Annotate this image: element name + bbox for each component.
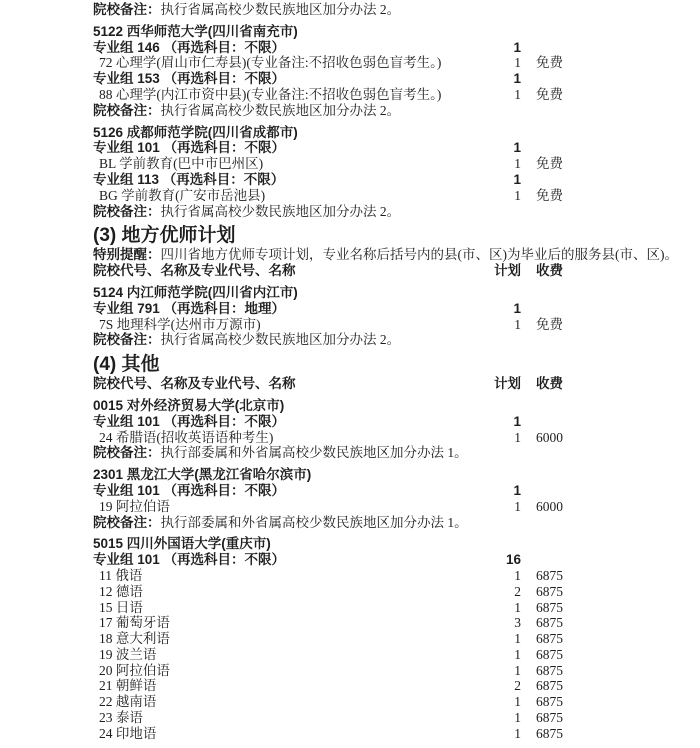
remark-row: 院校备注：执行省属高校少数民族地区加分办法 2。: [93, 204, 563, 220]
group-name: 专业组 146 （再选科目：不限）: [93, 40, 483, 56]
major-row: 11 俄语16875: [93, 568, 563, 584]
major-row: 24 印地语16875: [93, 726, 563, 742]
plan-count: 1: [483, 726, 521, 742]
plan-count: 1: [483, 600, 521, 616]
plan-count: 2: [483, 678, 521, 694]
university-name: 2301 黑龙江大学(黑龙江省哈尔滨市): [93, 467, 563, 483]
major-row: 21 朝鲜语26875: [93, 678, 563, 694]
fee-value: 免费: [521, 188, 563, 204]
major-row: 17 葡萄牙语36875: [93, 615, 563, 631]
group-row: 专业组 113 （再选科目：不限）1: [93, 172, 563, 188]
major-row: 19 波兰语16875: [93, 647, 563, 663]
section-heading: (4) 其他: [93, 354, 563, 376]
fee-value: 6875: [521, 568, 563, 584]
plan-count: 1: [483, 430, 521, 446]
group-row: 专业组 101 （再选科目：不限）1: [93, 140, 563, 156]
major-name: 24 印地语: [93, 726, 483, 742]
plan-count: 1: [483, 317, 521, 333]
plan-count: 1: [483, 140, 521, 156]
group-name: 专业组 791 （再选科目：地理）: [93, 301, 483, 317]
column-header-name: 院校代号、名称及专业代号、名称: [93, 263, 483, 279]
plan-count: 1: [483, 414, 521, 430]
fee-value: 6875: [521, 726, 563, 742]
major-name: 17 葡萄牙语: [93, 615, 483, 631]
major-row: 12 德语26875: [93, 584, 563, 600]
notice-label: 特别提醒：: [93, 247, 161, 262]
university-name: 5122 西华师范大学(四川省南充市): [93, 24, 563, 40]
major-row: 19 阿拉伯语16000: [93, 499, 563, 515]
remark-row: 院校备注：执行部委属和外省属高校少数民族地区加分办法 1。: [93, 445, 563, 461]
major-name: 19 阿拉伯语: [93, 499, 483, 515]
major-name: 21 朝鲜语: [93, 678, 483, 694]
group-name: 专业组 153 （再选科目：不限）: [93, 71, 483, 87]
major-row: 18 意大利语16875: [93, 631, 563, 647]
plan-count: 1: [483, 631, 521, 647]
fee-value: 6875: [521, 678, 563, 694]
university-row: 2301 黑龙江大学(黑龙江省哈尔滨市): [93, 467, 563, 483]
major-name: 11 俄语: [93, 568, 483, 584]
document-page: { "page": { "background": "#ffffff", "te…: [0, 0, 700, 748]
major-name: 88 心理学(内江市资中县)(专业备注:不招收色弱色盲考生。): [93, 87, 483, 103]
remark-label: 院校备注：: [93, 2, 161, 17]
major-row: BL 学前教育(巴中市巴州区)1免费: [93, 156, 563, 172]
remark-label: 院校备注：: [93, 515, 161, 530]
group-name: 专业组 101 （再选科目：不限）: [93, 140, 483, 156]
major-row: BG 学前教育(广安市岳池县)1免费: [93, 188, 563, 204]
remark-row: 院校备注：执行省属高校少数民族地区加分办法 2。: [93, 103, 563, 119]
plan-count: 16: [483, 552, 521, 568]
fee-value: 6875: [521, 631, 563, 647]
remark-label: 院校备注：: [93, 103, 161, 118]
remark-text: 执行省属高校少数民族地区加分办法 2。: [161, 332, 401, 347]
plan-count: 1: [483, 663, 521, 679]
university-name: 0015 对外经济贸易大学(北京市): [93, 398, 563, 414]
document-body: 院校备注：执行省属高校少数民族地区加分办法 2。5122 西华师范大学(四川省南…: [93, 2, 563, 742]
column-header-plan: 计划: [483, 376, 521, 392]
major-name: 23 泰语: [93, 710, 483, 726]
remark-label: 院校备注：: [93, 445, 161, 460]
fee-value: 免费: [521, 55, 563, 71]
group-row: 专业组 153 （再选科目：不限）1: [93, 71, 563, 87]
plan-count: 1: [483, 499, 521, 515]
remark-row: 院校备注：执行部委属和外省属高校少数民族地区加分办法 1。: [93, 515, 563, 531]
remark-row: 院校备注：执行省属高校少数民族地区加分办法 2。: [93, 332, 563, 348]
plan-count: 1: [483, 87, 521, 103]
plan-count: 1: [483, 694, 521, 710]
remark-row: 院校备注：执行省属高校少数民族地区加分办法 2。: [93, 2, 563, 18]
university-row: 0015 对外经济贸易大学(北京市): [93, 398, 563, 414]
fee-value: 免费: [521, 156, 563, 172]
fee-value: 免费: [521, 317, 563, 333]
group-name: 专业组 113 （再选科目：不限）: [93, 172, 483, 188]
fee-value: 免费: [521, 87, 563, 103]
plan-count: 1: [483, 172, 521, 188]
major-name: 7S 地理科学(达州市万源市): [93, 317, 483, 333]
remark-label: 院校备注：: [93, 332, 161, 347]
plan-count: 1: [483, 55, 521, 71]
plan-count: 1: [483, 71, 521, 87]
group-name: 专业组 101 （再选科目：不限）: [93, 414, 483, 430]
plan-count: 1: [483, 710, 521, 726]
university-name: 5124 内江师范学院(四川省内江市): [93, 285, 563, 301]
fee-value: 6875: [521, 615, 563, 631]
university-row: 5124 内江师范学院(四川省内江市): [93, 285, 563, 301]
plan-count: 2: [483, 584, 521, 600]
major-name: BG 学前教育(广安市岳池县): [93, 188, 483, 204]
major-row: 88 心理学(内江市资中县)(专业备注:不招收色弱色盲考生。)1免费: [93, 87, 563, 103]
column-header-name: 院校代号、名称及专业代号、名称: [93, 376, 483, 392]
notice-row: 特别提醒：四川省地方优师专项计划，专业名称后括号内的县(市、区)为毕业后的服务县…: [93, 247, 700, 263]
group-row: 专业组 101 （再选科目：不限）16: [93, 552, 563, 568]
remark-text: 执行省属高校少数民族地区加分办法 2。: [161, 2, 401, 17]
major-name: 72 心理学(眉山市仁寿县)(专业备注:不招收色弱色盲考生。): [93, 55, 483, 71]
major-row: 15 日语16875: [93, 600, 563, 616]
group-name: 专业组 101 （再选科目：不限）: [93, 552, 483, 568]
fee-value: 6875: [521, 694, 563, 710]
fee-value: 6000: [521, 499, 563, 515]
column-header-fee: 收费: [521, 263, 563, 279]
university-name: 5015 四川外国语大学(重庆市): [93, 536, 563, 552]
remark-text: 执行部委属和外省属高校少数民族地区加分办法 1。: [161, 515, 468, 530]
fee-value: 6875: [521, 584, 563, 600]
remark-text: 执行部委属和外省属高校少数民族地区加分办法 1。: [161, 445, 468, 460]
column-header-plan: 计划: [483, 263, 521, 279]
fee-value: 6875: [521, 647, 563, 663]
major-name: 19 波兰语: [93, 647, 483, 663]
group-row: 专业组 146 （再选科目：不限）1: [93, 40, 563, 56]
major-name: BL 学前教育(巴中市巴州区): [93, 156, 483, 172]
major-name: 18 意大利语: [93, 631, 483, 647]
column-header-fee: 收费: [521, 376, 563, 392]
group-row: 专业组 791 （再选科目：地理）1: [93, 301, 563, 317]
remark-text: 执行省属高校少数民族地区加分办法 2。: [161, 103, 401, 118]
plan-count: 1: [483, 301, 521, 317]
plan-count: 3: [483, 615, 521, 631]
major-name: 20 阿拉伯语: [93, 663, 483, 679]
major-row: 20 阿拉伯语16875: [93, 663, 563, 679]
plan-count: 1: [483, 188, 521, 204]
major-name: 22 越南语: [93, 694, 483, 710]
plan-count: 1: [483, 40, 521, 56]
plan-count: 1: [483, 647, 521, 663]
plan-count: 1: [483, 568, 521, 584]
university-name: 5126 成都师范学院(四川省成都市): [93, 125, 563, 141]
major-row: 72 心理学(眉山市仁寿县)(专业备注:不招收色弱色盲考生。)1免费: [93, 55, 563, 71]
university-row: 5122 西华师范大学(四川省南充市): [93, 24, 563, 40]
group-name: 专业组 101 （再选科目：不限）: [93, 483, 483, 499]
major-row: 23 泰语16875: [93, 710, 563, 726]
group-row: 专业组 101 （再选科目：不限）1: [93, 414, 563, 430]
fee-value: 6000: [521, 430, 563, 446]
tablehead-row: 院校代号、名称及专业代号、名称计划收费: [93, 263, 563, 279]
plan-count: 1: [483, 483, 521, 499]
major-row: 24 希腊语(招收英语语种考生)16000: [93, 430, 563, 446]
university-row: 5015 四川外国语大学(重庆市): [93, 536, 563, 552]
major-name: 24 希腊语(招收英语语种考生): [93, 430, 483, 446]
fee-value: 6875: [521, 710, 563, 726]
notice-text: 四川省地方优师专项计划，专业名称后括号内的县(市、区)为毕业后的服务县(市、区)…: [161, 247, 678, 262]
major-row: 7S 地理科学(达州市万源市)1免费: [93, 317, 563, 333]
remark-label: 院校备注：: [93, 204, 161, 219]
group-row: 专业组 101 （再选科目：不限）1: [93, 483, 563, 499]
fee-value: 6875: [521, 663, 563, 679]
section-heading: (3) 地方优师计划: [93, 225, 563, 247]
major-row: 22 越南语16875: [93, 694, 563, 710]
fee-value: 6875: [521, 600, 563, 616]
remark-text: 执行省属高校少数民族地区加分办法 2。: [161, 204, 401, 219]
tablehead-row: 院校代号、名称及专业代号、名称计划收费: [93, 376, 563, 392]
plan-count: 1: [483, 156, 521, 172]
university-row: 5126 成都师范学院(四川省成都市): [93, 125, 563, 141]
major-name: 12 德语: [93, 584, 483, 600]
major-name: 15 日语: [93, 600, 483, 616]
